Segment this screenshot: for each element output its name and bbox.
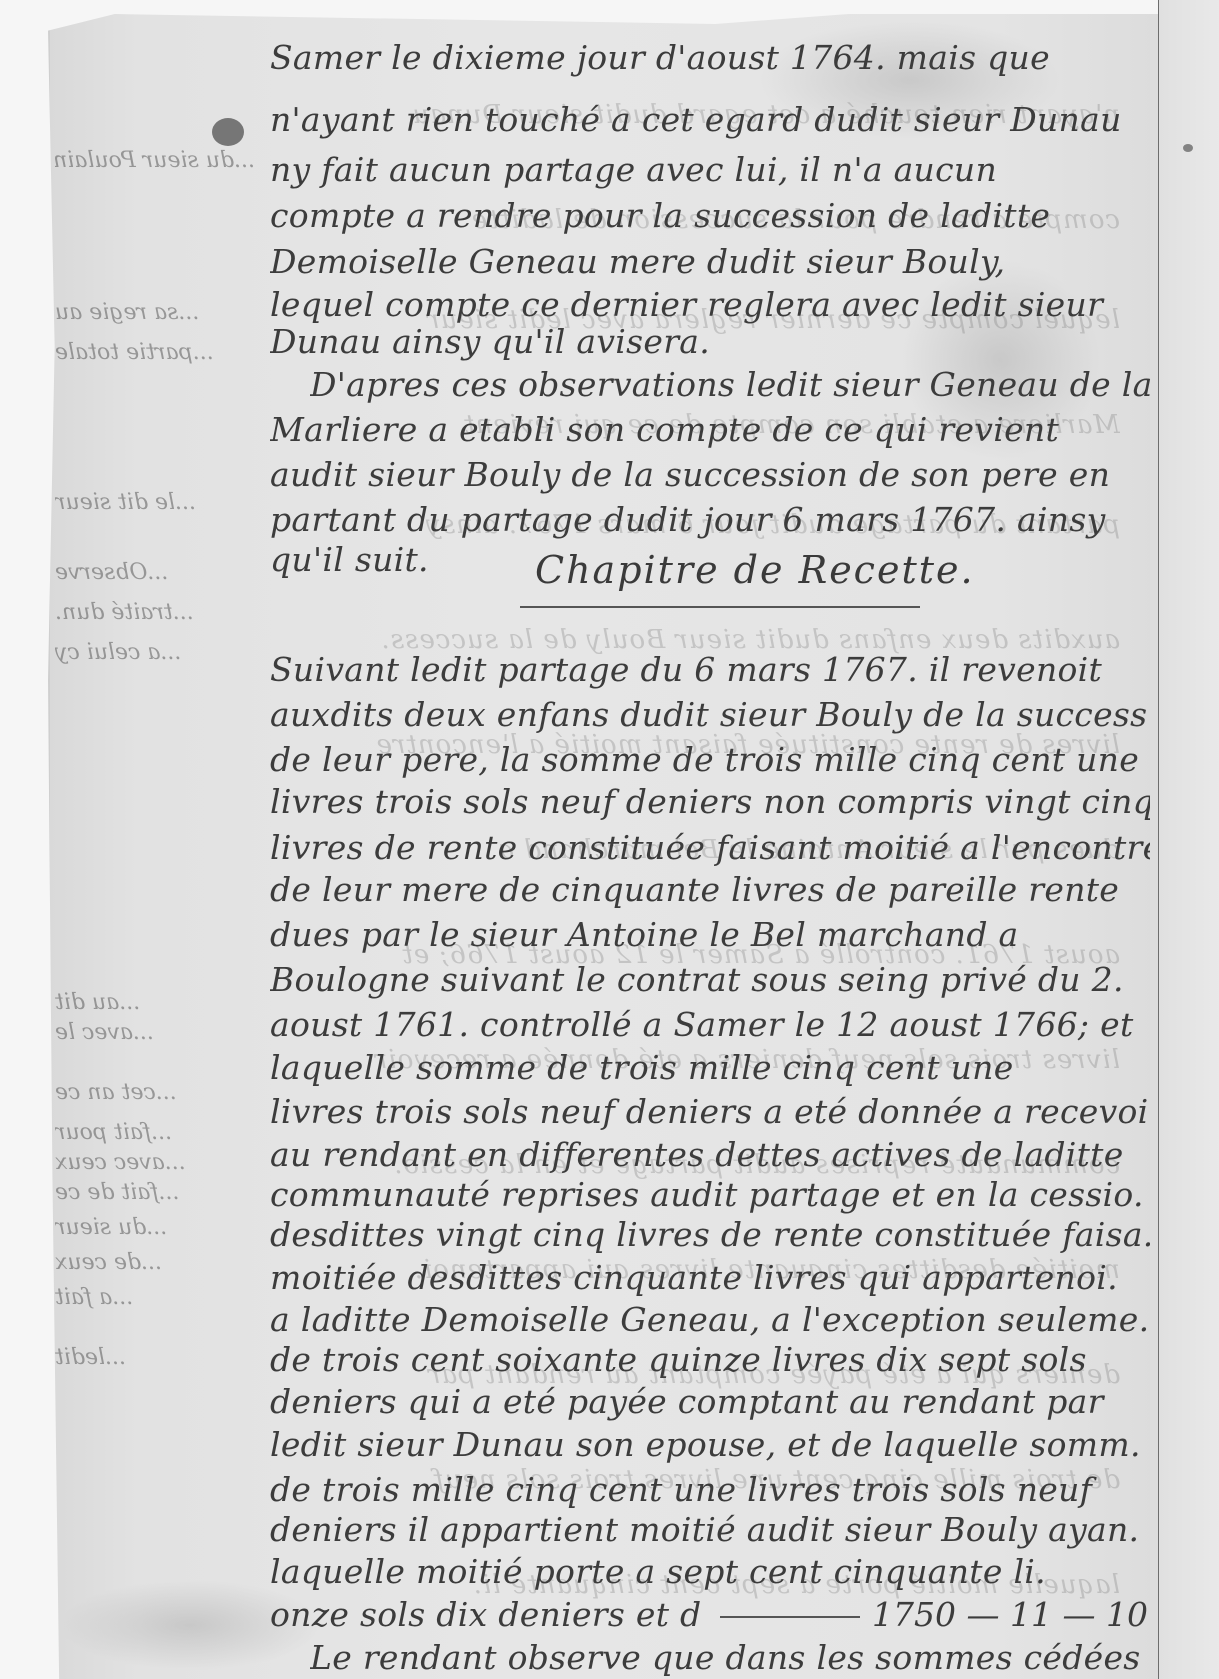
manuscript-line: ledit sieur Dunau son epouse, et de laqu… [270, 1425, 1150, 1464]
ledger-livres: 1750 [872, 1595, 956, 1634]
manuscript-text: Samer le dixieme jour d'aoust 1764. mais… [0, 0, 1219, 1679]
manuscript-line: auxdits deux enfans dudit sieur Bouly de… [270, 695, 1150, 734]
manuscript-line: de leur pere, la somme de trois mille ci… [270, 740, 1150, 779]
manuscript-line: lequel compte ce dernier reglera avec le… [270, 285, 1150, 324]
manuscript-line: Suivant ledit partage du 6 mars 1767. il… [270, 650, 1150, 689]
manuscript-line: dues par le sieur Antoine le Bel marchan… [270, 915, 1150, 954]
manuscript-line: Boulogne suivant le contrat sous seing p… [270, 960, 1150, 999]
manuscript-line: Demoiselle Geneau mere dudit sieur Bouly… [270, 242, 1150, 281]
manuscript-line: livres de rente constituée faisant moiti… [270, 828, 1150, 867]
manuscript-line: Marliere a etabli son compte de ce qui r… [270, 410, 1150, 449]
manuscript-line: D'apres ces observations ledit sieur Gen… [310, 365, 1190, 404]
manuscript-line: compte a rendre pour la succession de la… [270, 196, 1150, 235]
manuscript-line: a laditte Demoiselle Geneau, a l'excepti… [270, 1300, 1150, 1339]
ledger-dash [720, 1616, 860, 1618]
manuscript-line: communauté reprises audit partage et en … [270, 1175, 1150, 1214]
manuscript-line: Dunau ainsy qu'il avisera. [270, 322, 1150, 361]
heading-underline [520, 606, 920, 608]
ledger-separator: — [956, 1595, 1010, 1634]
manuscript-line: deniers qui a eté payée comptant au rend… [270, 1382, 1150, 1421]
manuscript-line: livres trois sols neuf deniers non compr… [270, 782, 1150, 821]
manuscript-line: moitiée desdittes cinquante livres qui a… [270, 1258, 1150, 1297]
manuscript-line: onze sols dix deniers et demy cy [270, 1595, 700, 1634]
manuscript-line: aoust 1761. controllé a Samer le 12 aous… [270, 1005, 1150, 1044]
manuscript-line: de trois mille cinq cent une livres troi… [270, 1470, 1150, 1509]
ledger-sols: 11 [1010, 1595, 1052, 1634]
manuscript-line: n'ayant rien touché a cet egard dudit si… [270, 100, 1150, 139]
manuscript-line: laquelle moitié porte a sept cent cinqua… [270, 1552, 1150, 1591]
ledger-deniers: 10 [1106, 1595, 1148, 1634]
ledger-separator: — [1052, 1595, 1106, 1634]
manuscript-line: de leur mere de cinquante livres de pare… [270, 870, 1150, 909]
manuscript-line: au rendant en differentes dettes actives… [270, 1135, 1150, 1174]
manuscript-line: livres trois sols neuf deniers a eté don… [270, 1092, 1150, 1131]
manuscript-line: laquelle somme de trois mille cinq cent … [270, 1048, 1150, 1087]
manuscript-line: desdittes vingt cinq livres de rente con… [270, 1215, 1150, 1254]
manuscript-line: Le rendant observe que dans les sommes c… [310, 1638, 1190, 1677]
manuscript-line: partant du partage dudit jour 6 mars 176… [270, 500, 1150, 539]
manuscript-line: audit sieur Bouly de la succession de so… [270, 455, 1150, 494]
chapter-heading: Chapitre de Recette. [535, 548, 975, 592]
manuscript-line: ny fait aucun partage avec lui, il n'a a… [270, 150, 1150, 189]
manuscript-line: de trois cent soixante quinze livres dix… [270, 1340, 1150, 1379]
manuscript-line: deniers il appartient moitié audit sieur… [270, 1510, 1150, 1549]
ledger-entry: 1750 — 11 — 10 [720, 1595, 1160, 1635]
manuscript-line: Samer le dixieme jour d'aoust 1764. mais… [270, 38, 1150, 77]
